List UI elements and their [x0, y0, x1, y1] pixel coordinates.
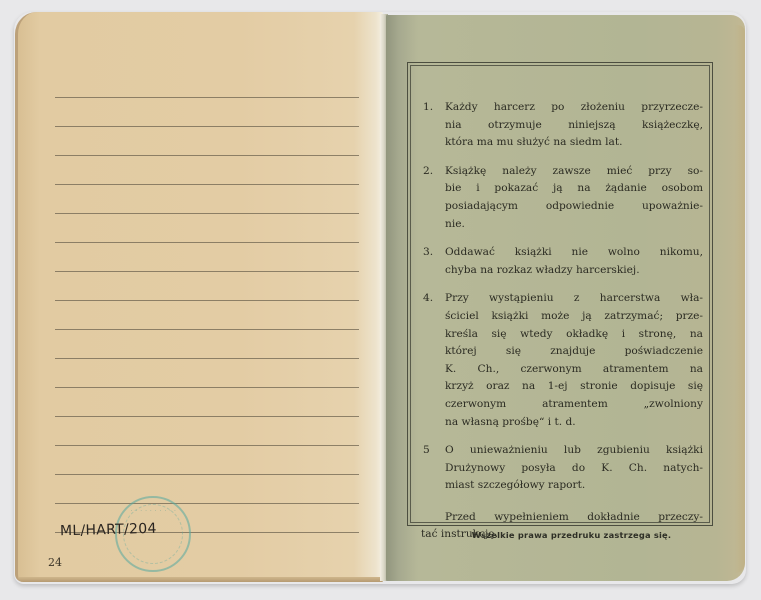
text-line: K. Ch., czerwonym atramentem na	[445, 361, 703, 379]
text-line: na własną prośbę“ i t. d.	[445, 414, 703, 432]
rule-number: 2.	[421, 163, 445, 233]
ruled-line	[55, 416, 359, 417]
text-line: krzyż oraz na 1-ej stronie dopisuje się	[445, 378, 703, 396]
text-line: której się znajduje poświadczenie	[445, 343, 703, 361]
copyright-notice: Wszelkie prawa przedruku zastrzega się.	[386, 530, 745, 540]
text-line: posiadającym odpowiednie upoważnie-	[445, 198, 703, 216]
text-line: nia otrzymuje niniejszą książeczkę,	[445, 117, 703, 135]
rule-item-5: 5 O unieważnieniu lub zgubieniu książki …	[421, 442, 703, 495]
rule-number: 1.	[421, 99, 445, 152]
rule-item-3: 3. Oddawać książki nie wolno nikomu, chy…	[421, 244, 703, 279]
rule-number: 4.	[421, 290, 445, 431]
rule-text: Przy wystąpieniu z harcerstwa wła- ścici…	[445, 290, 703, 431]
text-line: Każdy harcerz po złożeniu przyrzecze-	[445, 99, 703, 117]
page-edge	[18, 577, 383, 582]
rule-text: O unieważnieniu lub zgubieniu książki Dr…	[445, 442, 703, 495]
text-line: O unieważnieniu lub zgubieniu książki	[445, 442, 703, 460]
ruled-line	[55, 358, 359, 359]
ruled-line	[55, 300, 359, 301]
rule-number: 5	[421, 442, 445, 495]
right-page: 1. Każdy harcerz po złożeniu przyrzecze-…	[386, 15, 745, 581]
text-line: Przed wypełnieniem dokładnie przeczy-	[445, 509, 703, 527]
text-line: która ma mu służyć na siedm lat.	[445, 134, 703, 152]
text-line: bie i pokazać ją na żądanie osobom	[445, 180, 703, 198]
ruled-line	[55, 387, 359, 388]
stamp-text: · · · · · · · · · ·	[117, 506, 189, 513]
ruled-line	[55, 445, 359, 446]
ruled-line	[55, 97, 359, 98]
handwritten-catalog-number: ML/HART/204	[60, 521, 157, 540]
rule-number: 3.	[421, 244, 445, 279]
page-edge	[735, 25, 745, 573]
page-number: 24	[48, 556, 62, 569]
ruled-line	[55, 329, 359, 330]
instructions-frame: 1. Każdy harcerz po złożeniu przyrzecze-…	[407, 62, 713, 526]
text-line: miast szczegółowy raport.	[445, 477, 703, 495]
rule-item-4: 4. Przy wystąpieniu z harcerstwa wła- śc…	[421, 290, 703, 431]
rule-text: Każdy harcerz po złożeniu przyrzecze- ni…	[445, 99, 703, 152]
text-line: Przy wystąpieniu z harcerstwa wła-	[445, 290, 703, 308]
rule-text: Oddawać książki nie wolno nikomu, chyba …	[445, 244, 703, 279]
left-page: · · · · · · · · · · ML/HART/204 24	[15, 12, 383, 582]
ruled-line	[55, 184, 359, 185]
ruled-line	[55, 213, 359, 214]
rule-item-2: 2. Książkę należy zawsze mieć przy so- b…	[421, 163, 703, 233]
rule-item-1: 1. Każdy harcerz po złożeniu przyrzecze-…	[421, 99, 703, 152]
ruled-line	[55, 474, 359, 475]
text-line: kreśla się wtedy okładkę i stronę, na	[445, 326, 703, 344]
ruled-line	[55, 126, 359, 127]
text-line: Oddawać książki nie wolno nikomu,	[445, 244, 703, 262]
ruled-line	[55, 155, 359, 156]
text-line: czerwonym atramentem „zwolniony	[445, 396, 703, 414]
rule-text: Książkę należy zawsze mieć przy so- bie …	[445, 163, 703, 233]
ruled-line	[55, 242, 359, 243]
text-line: Drużynowy posyła do K. Ch. natych-	[445, 460, 703, 478]
text-line: nie.	[445, 216, 703, 234]
instructions-list: 1. Każdy harcerz po złożeniu przyrzecze-…	[421, 99, 703, 544]
ruled-line	[55, 503, 359, 504]
text-line: ściciel książki może ją zatrzymać; prze-	[445, 308, 703, 326]
text-line: chyba na rozkaz władzy harcerskiej.	[445, 262, 703, 280]
text-line: Książkę należy zawsze mieć przy so-	[445, 163, 703, 181]
ruled-line	[55, 271, 359, 272]
